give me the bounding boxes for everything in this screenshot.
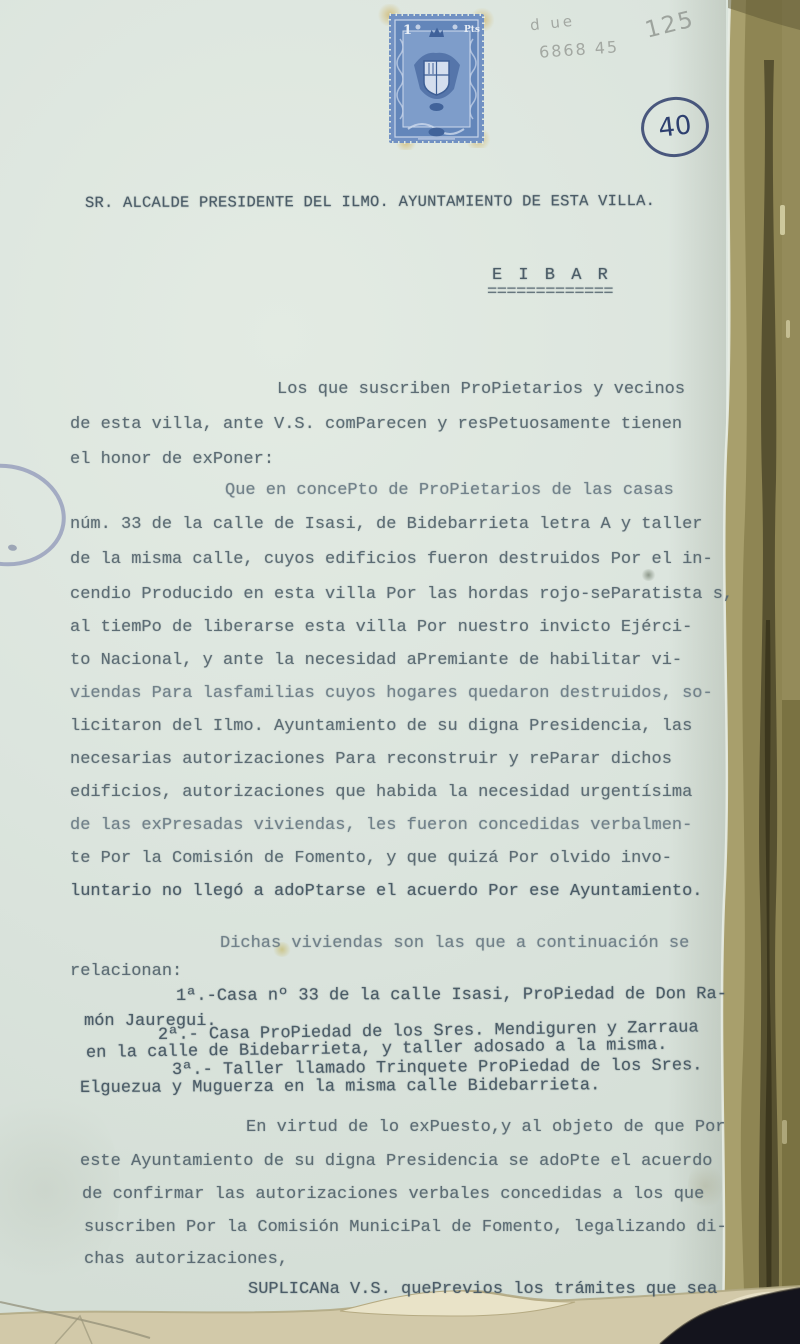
typed-line: Dichas viviendas son las que a continuac…: [220, 934, 689, 954]
place-underline: =============: [487, 283, 613, 303]
petition-line: SUPLICANa V.S. quePrevios los trámites q…: [248, 1280, 717, 1300]
typed-line: este Ayuntamiento de su digna Presidenci…: [80, 1152, 713, 1172]
typed-line: Los que suscriben ProPietarios y vecinos: [277, 380, 685, 400]
typed-line: el honor de exPoner:: [70, 450, 274, 470]
typed-line: to Nacional, y ante la necesidad aPremia…: [70, 651, 682, 671]
typed-line: chas autorizaciones,: [84, 1250, 288, 1270]
typed-line: En virtud de lo exPuesto,y al objeto de …: [246, 1118, 725, 1138]
typed-line: luntario no llegó a adoPtarse el acuerdo…: [70, 882, 703, 902]
typed-line: de esta villa, ante V.S. comParecen y re…: [70, 415, 682, 435]
bottom-fold: [0, 1264, 800, 1344]
stamp-graphic: 1 Pts: [388, 13, 485, 144]
stamp-currency: Pts: [464, 25, 480, 35]
typed-line: relacionan:: [70, 962, 182, 982]
typed-line: núm. 33 de la calle de Isasi, de Bidebar…: [70, 515, 703, 535]
revenue-stamp: 1 Pts: [388, 13, 485, 144]
typed-line: necesarias autorizaciones Para reconstru…: [70, 750, 672, 770]
typed-line: de la misma calle, cuyos edificios fuero…: [70, 550, 713, 570]
typed-line: licitaron del Ilmo. Ayuntamiento de su d…: [70, 717, 692, 737]
typed-line: al tiemPo de liberarse esta villa Por nu…: [70, 618, 692, 638]
ink-smudge: [641, 569, 656, 581]
circled-folio-value: 40: [657, 110, 694, 144]
list-item-line: 1ª.-Casa nº 33 de la calle Isasi, ProPie…: [176, 985, 727, 1007]
addressee-line: SR. ALCALDE PRESIDENTE DEL ILMO. AYUNTAM…: [85, 191, 655, 213]
typed-line: de confirmar las autorizaciones verbales…: [82, 1185, 704, 1205]
typed-line: cendio Producido en esta villa Por las h…: [70, 585, 733, 605]
typed-line: edificios, autorizaciones que habida la …: [70, 783, 692, 803]
typed-line: suscriben Por la Comisión MuniciPal de F…: [84, 1218, 727, 1238]
stamp-value: 1: [403, 23, 412, 38]
typed-line: te Por la Comisión de Fomento, y que qui…: [70, 849, 672, 869]
typed-line: de las exPresadas viviendas, les fueron …: [70, 816, 692, 836]
list-item-line: Elguezua y Muguerza en la misma calle Bi…: [80, 1076, 600, 1099]
typed-line: viendas Para lasfamilias cuyos hogares q…: [70, 684, 713, 704]
typed-line: Que en concePto de ProPietarios de las c…: [225, 481, 674, 501]
torn-page-edge: [708, 0, 800, 1344]
scanned-document-page: 1 Pts d ue 6868 45 125 40: [0, 0, 800, 1344]
